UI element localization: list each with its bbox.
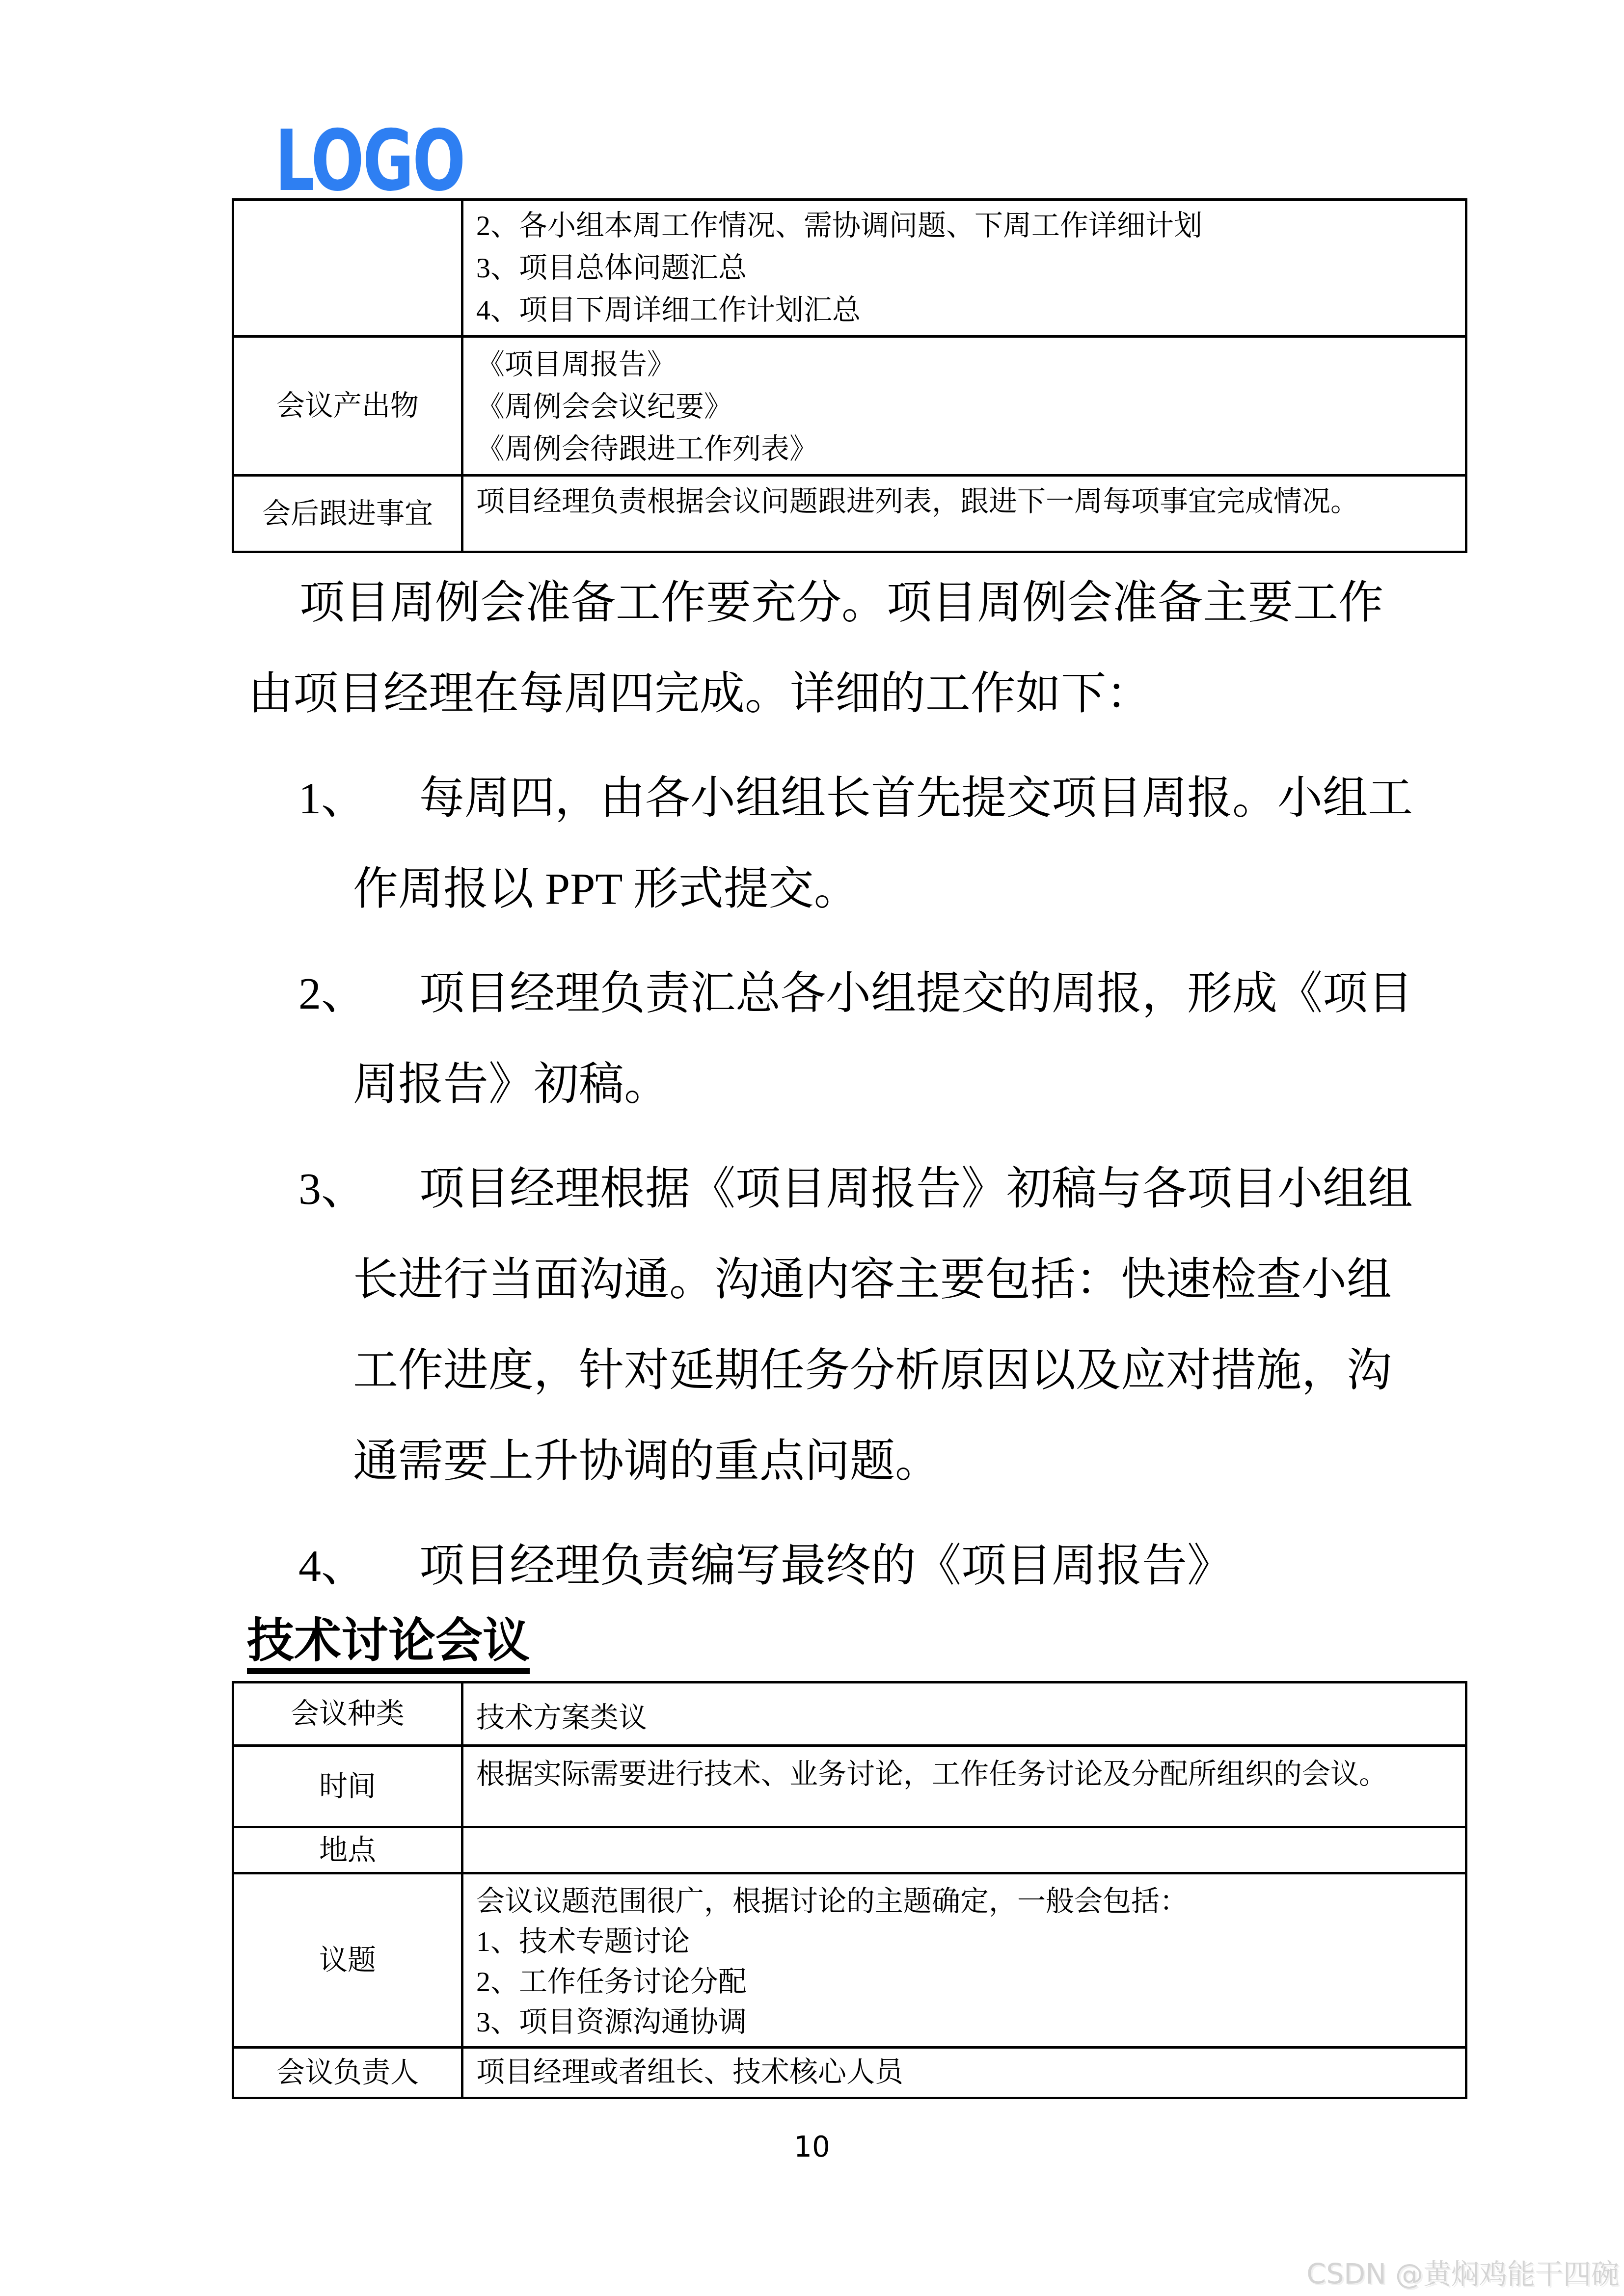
weekly-meeting-table: 2、各小组本周工作情况、需协调问题、下周工作详细计划 3、项目总体问题汇总 4、…	[232, 198, 1467, 553]
table-content-cell: 技术方案类议	[462, 1682, 1466, 1746]
list-item-text: 项目经理负责汇总各小组提交的周报，形成《项目周报告》初稿。	[353, 968, 1413, 1109]
table-label-cell: 会议产出物	[233, 337, 462, 476]
table-cell-line: 《项目周报告》	[476, 344, 1426, 386]
table-cell-line: 4、项目下周详细工作计划汇总	[476, 289, 1426, 331]
table-content-cell: 项目经理或者组长、技术核心人员	[462, 2048, 1466, 2098]
list-item-number: 3、	[298, 1144, 419, 1234]
table-content-cell: 2、各小组本周工作情况、需协调问题、下周工作详细计划 3、项目总体问题汇总 4、…	[462, 200, 1466, 337]
table-content-cell: 根据实际需要进行技术、业务讨论，工作任务讨论及分配所组织的会议。	[462, 1746, 1466, 1827]
table-content-cell: 《项目周报告》 《周例会会议纪要》 《周例会待跟进工作列表》	[462, 337, 1466, 476]
logo-text: LOGO	[275, 122, 464, 200]
table-cell-line: 项目经理负责根据会议问题跟进列表，跟进下一周每项事宜完成情况。	[476, 481, 1426, 523]
watermark: CSDN @黄焖鸡能干四碗	[1306, 2252, 1619, 2292]
table-row: 会议负责人 项目经理或者组长、技术核心人员	[233, 2048, 1466, 2098]
table-cell-line: 技术方案类议	[476, 1697, 1426, 1738]
document-page: LOGO 2、各小组本周工作情况、需协调问题、下周工作详细计划 3、项目总体问题…	[0, 0, 1624, 2296]
logo: LOGO	[275, 122, 471, 200]
table-row: 2、各小组本周工作情况、需协调问题、下周工作详细计划 3、项目总体问题汇总 4、…	[233, 200, 1466, 337]
table-row: 时间 根据实际需要进行技术、业务讨论，工作任务讨论及分配所组织的会议。	[233, 1746, 1466, 1827]
intro-paragraph: 项目周例会准备工作要充分。项目周例会准备主要工作由项目经理在每周四完成。详细的工…	[248, 558, 1419, 739]
table-label-cell: 议题	[233, 1873, 462, 2048]
table-content-cell: 会议议题范围很广，根据讨论的主题确定，一般会包括： 1、技术专题讨论 2、工作任…	[462, 1873, 1466, 2048]
table-cell-line: 1、技术专题讨论	[476, 1922, 1426, 1962]
table-row: 会议种类 技术方案类议	[233, 1682, 1466, 1746]
section-heading: 技术讨论会议	[247, 1616, 530, 1674]
table-cell-line: 2、工作任务讨论分配	[476, 1962, 1426, 2002]
table-label-cell: 会议负责人	[233, 2048, 462, 2098]
tech-discussion-meeting-table: 会议种类 技术方案类议 时间 根据实际需要进行技术、业务讨论，工作任务讨论及分配…	[232, 1681, 1467, 2099]
table-label-cell: 时间	[233, 1746, 462, 1827]
list-item-number: 1、	[298, 753, 419, 844]
list-item-text: 每周四，由各小组组长首先提交项目周报。小组工作周报以 PPT 形式提交。	[353, 773, 1413, 914]
table-row: 地点	[233, 1827, 1466, 1873]
table-cell-line: 《周例会待跟进工作列表》	[476, 428, 1426, 470]
table-label-cell: 地点	[233, 1827, 462, 1873]
table-cell-line: 根据实际需要进行技术、业务讨论，工作任务讨论及分配所组织的会议。	[476, 1754, 1426, 1795]
table-row: 议题 会议议题范围很广，根据讨论的主题确定，一般会包括： 1、技术专题讨论 2、…	[233, 1873, 1466, 2048]
table-content-cell	[462, 1827, 1466, 1873]
table-label-cell	[233, 200, 462, 337]
table-row: 会议产出物 《项目周报告》 《周例会会议纪要》 《周例会待跟进工作列表》	[233, 337, 1466, 476]
list-item-number: 2、	[298, 948, 419, 1039]
table-cell-line: 项目经理或者组长、技术核心人员	[476, 2052, 1426, 2093]
section-heading-wrap: 技术讨论会议	[247, 1616, 1624, 1674]
table-cell-line: 会议议题范围很广，根据讨论的主题确定，一般会包括：	[476, 1881, 1426, 1922]
table-label-cell: 会议种类	[233, 1682, 462, 1746]
list-item: 4、项目经理负责编写最终的《项目周报告》	[353, 1521, 1419, 1611]
table-cell-line: 《周例会会议纪要》	[476, 386, 1426, 428]
list-item-text: 项目经理根据《项目周报告》初稿与各项目小组组长进行当面沟通。沟通内容主要包括：快…	[353, 1164, 1413, 1486]
list-item-number: 4、	[298, 1521, 419, 1611]
table-cell-line: 3、项目资源沟通协调	[476, 2002, 1426, 2042]
page-number: 10	[0, 2130, 1624, 2163]
table-cell-line: 3、项目总体问题汇总	[476, 247, 1426, 289]
body-content: 项目周例会准备工作要充分。项目周例会准备主要工作由项目经理在每周四完成。详细的工…	[0, 534, 1624, 2099]
list-item-text: 项目经理负责编写最终的《项目周报告》	[419, 1541, 1232, 1591]
table-cell-line: 2、各小组本周工作情况、需协调问题、下周工作详细计划	[476, 205, 1426, 247]
list-item: 2、项目经理负责汇总各小组提交的周报，形成《项目周报告》初稿。	[353, 948, 1419, 1130]
list-item: 3、项目经理根据《项目周报告》初稿与各项目小组组长进行当面沟通。沟通内容主要包括…	[353, 1144, 1419, 1507]
list-item: 1、每周四，由各小组组长首先提交项目周报。小组工作周报以 PPT 形式提交。	[353, 753, 1419, 934]
